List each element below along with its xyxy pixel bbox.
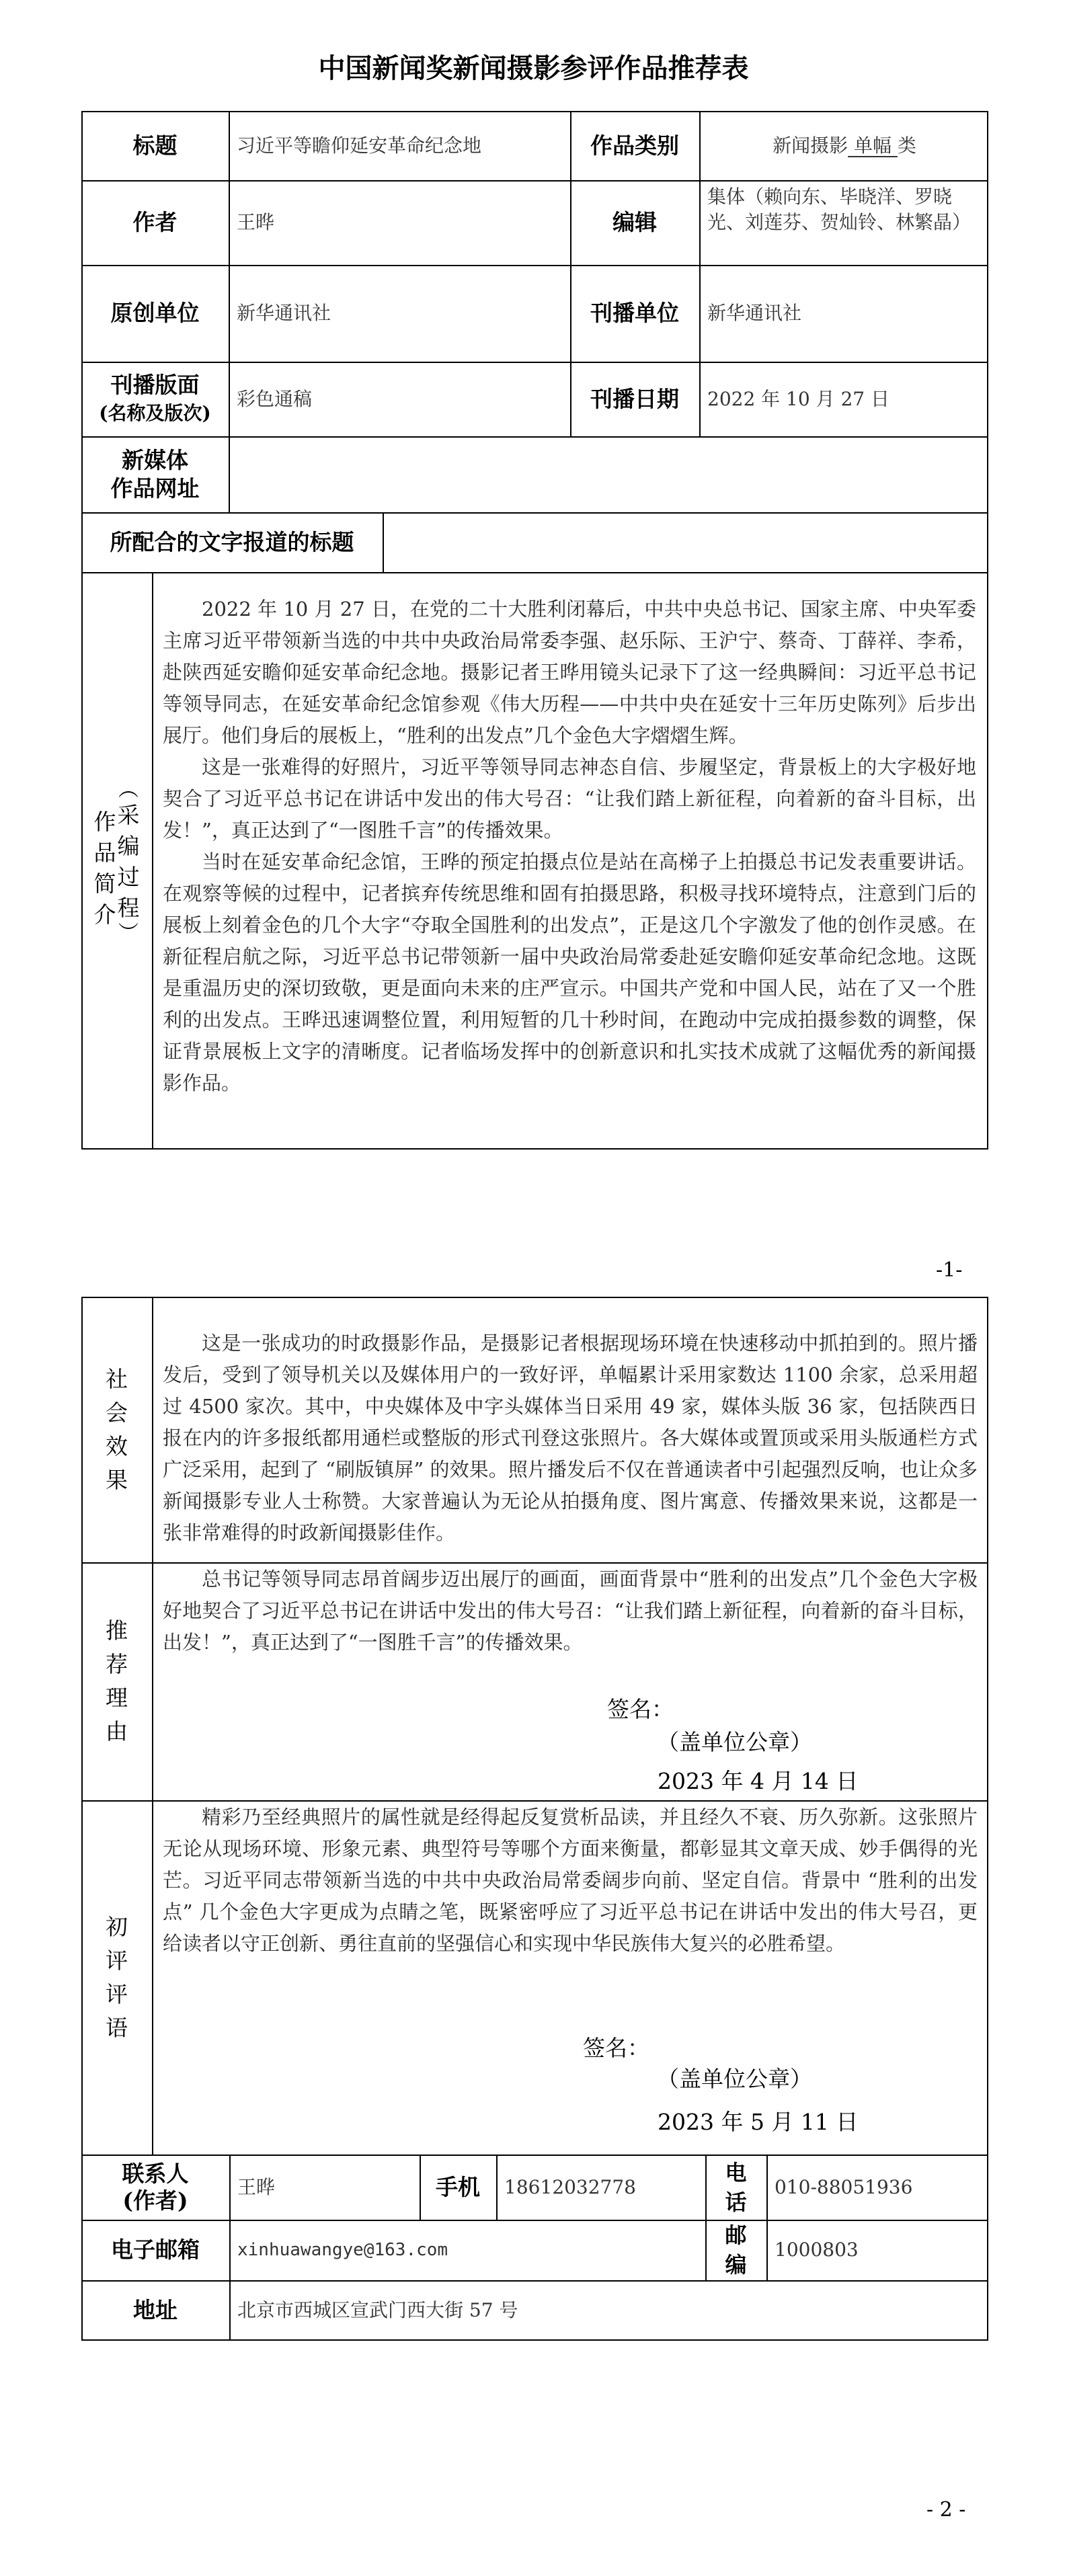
phone-label: 电 话 xyxy=(705,2155,766,2220)
intro-label-paren-close: ︶ xyxy=(118,924,139,944)
intro-label-char: 编 xyxy=(118,831,140,862)
postcode-label: 邮 编 xyxy=(705,2220,766,2280)
preliminary-review-label-char: 初 xyxy=(106,1910,128,1944)
publisher-label: 刊播单位 xyxy=(570,265,699,362)
contact-label-line1: 联系人 xyxy=(122,2161,189,2187)
preliminary-review-label: 初 评 评 语 xyxy=(81,1800,152,2155)
author-label: 作者 xyxy=(81,180,229,265)
recommendation-paragraph: 总书记等领导同志昂首阔步迈出展厅的画面，画面背景中“胜利的出发点”几个金色大字极… xyxy=(163,1564,978,1658)
intro-label-char: 作 xyxy=(94,807,116,838)
social-effect-paragraph: 这是一张成功的时政摄影作品，是摄影记者根据现场环境在快速移动中抓拍到的。照片播发… xyxy=(163,1328,978,1549)
origin-value: 新华通讯社 xyxy=(230,265,570,362)
preliminary-review-text: 精彩乃至经典照片的属性就是经得起反复赏析品读，并且经久不衰、历久弥新。这张照片无… xyxy=(163,1802,978,1960)
category-fill: 单幅 xyxy=(848,134,898,158)
recommendation-signature-label: 签名： xyxy=(607,1696,674,1723)
page-number-2: - 2 - xyxy=(926,2498,965,2522)
social-effect-text: 这是一张成功的时政摄影作品，是摄影记者根据现场环境在快速移动中抓拍到的。照片播发… xyxy=(163,1328,978,1549)
email-label: 电子邮箱 xyxy=(81,2220,229,2280)
col-divider xyxy=(152,572,153,1150)
editor-label: 编辑 xyxy=(570,180,699,265)
recommendation-date: 2023 年 4 月 14 日 xyxy=(658,1768,858,1795)
preliminary-review-label-char: 评 xyxy=(106,1978,128,2011)
category-fill-text: 单幅 xyxy=(854,134,892,157)
contact-label-line2: (作者) xyxy=(122,2187,188,2214)
mobile-label: 手机 xyxy=(420,2155,496,2220)
intro-label-char: 程 xyxy=(118,893,140,924)
preliminary-review-label-char: 语 xyxy=(106,2011,128,2045)
social-effect-label: 社 会 效 果 xyxy=(81,1297,152,1562)
recommendation-text: 总书记等领导同志昂首阔步迈出展厅的画面，画面背景中“胜利的出发点”几个金色大字极… xyxy=(163,1564,978,1658)
social-effect-label-char: 果 xyxy=(106,1463,128,1497)
layout-label: 刊播版面 (名称及版次) xyxy=(81,362,229,436)
social-effect-label-char: 会 xyxy=(106,1396,128,1430)
related-title-label: 所配合的文字报道的标题 xyxy=(81,512,383,572)
mobile-value: 18612032778 xyxy=(498,2155,705,2220)
category-value: 新闻摄影 单幅 类 xyxy=(701,111,988,180)
contact-value: 王晔 xyxy=(231,2155,420,2220)
social-effect-label-char: 效 xyxy=(106,1430,128,1463)
recommendation-seal-label: （盖单位公章） xyxy=(657,1729,812,1756)
phone-label-char: 话 xyxy=(725,2187,746,2217)
recommendation-label: 推 荐 理 由 xyxy=(81,1562,152,1800)
intro-paragraph: 2022 年 10 月 27 日，在党的二十大胜利闭幕后，中共中央总书记、国家主… xyxy=(163,594,976,752)
editor-value: 集体（赖向东、毕晓洋、罗晓光、刘莲芬、贺灿铃、林繁晶） xyxy=(701,182,983,265)
preliminary-review-label-char: 评 xyxy=(106,1944,128,1978)
related-title-value xyxy=(384,512,988,572)
postcode-label-char: 邮 xyxy=(725,2220,746,2250)
category-prefix: 新闻摄影 xyxy=(773,134,848,158)
postcode-label-char: 编 xyxy=(725,2250,746,2280)
layout-label-line1: 刊播版面 xyxy=(111,371,200,399)
form-table-page2: 社 会 效 果 这是一张成功的时政摄影作品，是摄影记者根据现场环境在快速移动中抓… xyxy=(81,1297,988,2341)
date-label: 刊播日期 xyxy=(570,362,699,436)
preliminary-seal-label: （盖单位公章） xyxy=(657,2066,812,2093)
publisher-value: 新华通讯社 xyxy=(701,265,988,362)
category-suffix: 类 xyxy=(898,134,916,158)
author-value: 王晔 xyxy=(230,180,570,265)
newmedia-value xyxy=(230,436,988,512)
email-value: xinhuawangye@163.com xyxy=(231,2220,705,2280)
col-divider xyxy=(152,1297,153,2155)
intro-label-char: 过 xyxy=(118,862,140,893)
recommendation-label-char: 由 xyxy=(106,1715,128,1748)
postcode-value: 1000803 xyxy=(768,2220,988,2280)
date-value: 2022 年 10 月 27 日 xyxy=(701,362,988,436)
recommendation-label-char: 推 xyxy=(106,1614,128,1648)
intro-label: 作 品 简 介 ︵ 采 编 过 程 ︶ xyxy=(81,573,152,1150)
origin-label: 原创单位 xyxy=(81,265,229,362)
address-value: 北京市西城区宣武门西大街 57 号 xyxy=(231,2280,988,2341)
page-title: 中国新闻奖新闻摄影参评作品推荐表 xyxy=(0,50,1067,87)
intro-label-char: 品 xyxy=(94,838,116,869)
intro-paragraph: 这是一张难得的好照片，习近平等领导同志神态自信、步履坚定，背景板上的大字极好地契… xyxy=(163,752,976,846)
preliminary-date: 2023 年 5 月 11 日 xyxy=(658,2109,858,2136)
contact-label: 联系人 (作者) xyxy=(81,2155,229,2220)
intro-label-char: 简 xyxy=(94,869,116,899)
social-effect-label-char: 社 xyxy=(106,1363,128,1396)
title-label: 标题 xyxy=(81,111,229,180)
title-value: 习近平等瞻仰延安革命纪念地 xyxy=(230,111,570,180)
category-label: 作品类别 xyxy=(570,111,699,180)
preliminary-signature-label: 签名： xyxy=(583,2035,649,2062)
phone-value: 010-88051936 xyxy=(768,2155,988,2220)
recommendation-label-char: 荐 xyxy=(106,1648,128,1681)
layout-label-line2: (名称及版次) xyxy=(99,399,211,428)
intro-paragraph: 当时在延安革命纪念馆，王晔的预定拍摄点位是站在高梯子上拍摄总书记发表重要讲话。在… xyxy=(163,846,976,1099)
intro-label-char: 采 xyxy=(118,800,140,831)
layout-value: 彩色通稿 xyxy=(230,362,570,436)
phone-label-char: 电 xyxy=(725,2158,746,2187)
form-table-page1: 标题 习近平等瞻仰延安革命纪念地 作品类别 新闻摄影 单幅 类 作者 王晔 编辑… xyxy=(81,111,988,1150)
preliminary-review-paragraph: 精彩乃至经典照片的属性就是经得起反复赏析品读，并且经久不衰、历久弥新。这张照片无… xyxy=(163,1802,978,1960)
intro-text: 2022 年 10 月 27 日，在党的二十大胜利闭幕后，中共中央总书记、国家主… xyxy=(163,594,976,1099)
intro-label-col-right: ︵ 采 编 过 程 ︶ xyxy=(118,780,140,944)
intro-label-col-left: 作 品 简 介 xyxy=(94,793,116,930)
page-number-1: -1- xyxy=(936,1258,962,1282)
intro-label-char: 介 xyxy=(94,899,116,930)
recommendation-label-char: 理 xyxy=(106,1681,128,1715)
newmedia-label: 新媒体 作品网址 xyxy=(81,436,229,512)
row-divider xyxy=(81,572,988,573)
newmedia-label-line1: 新媒体 xyxy=(122,446,188,475)
intro-label-paren-open: ︵ xyxy=(118,780,139,800)
address-label: 地址 xyxy=(81,2280,229,2341)
newmedia-label-line2: 作品网址 xyxy=(111,475,200,503)
